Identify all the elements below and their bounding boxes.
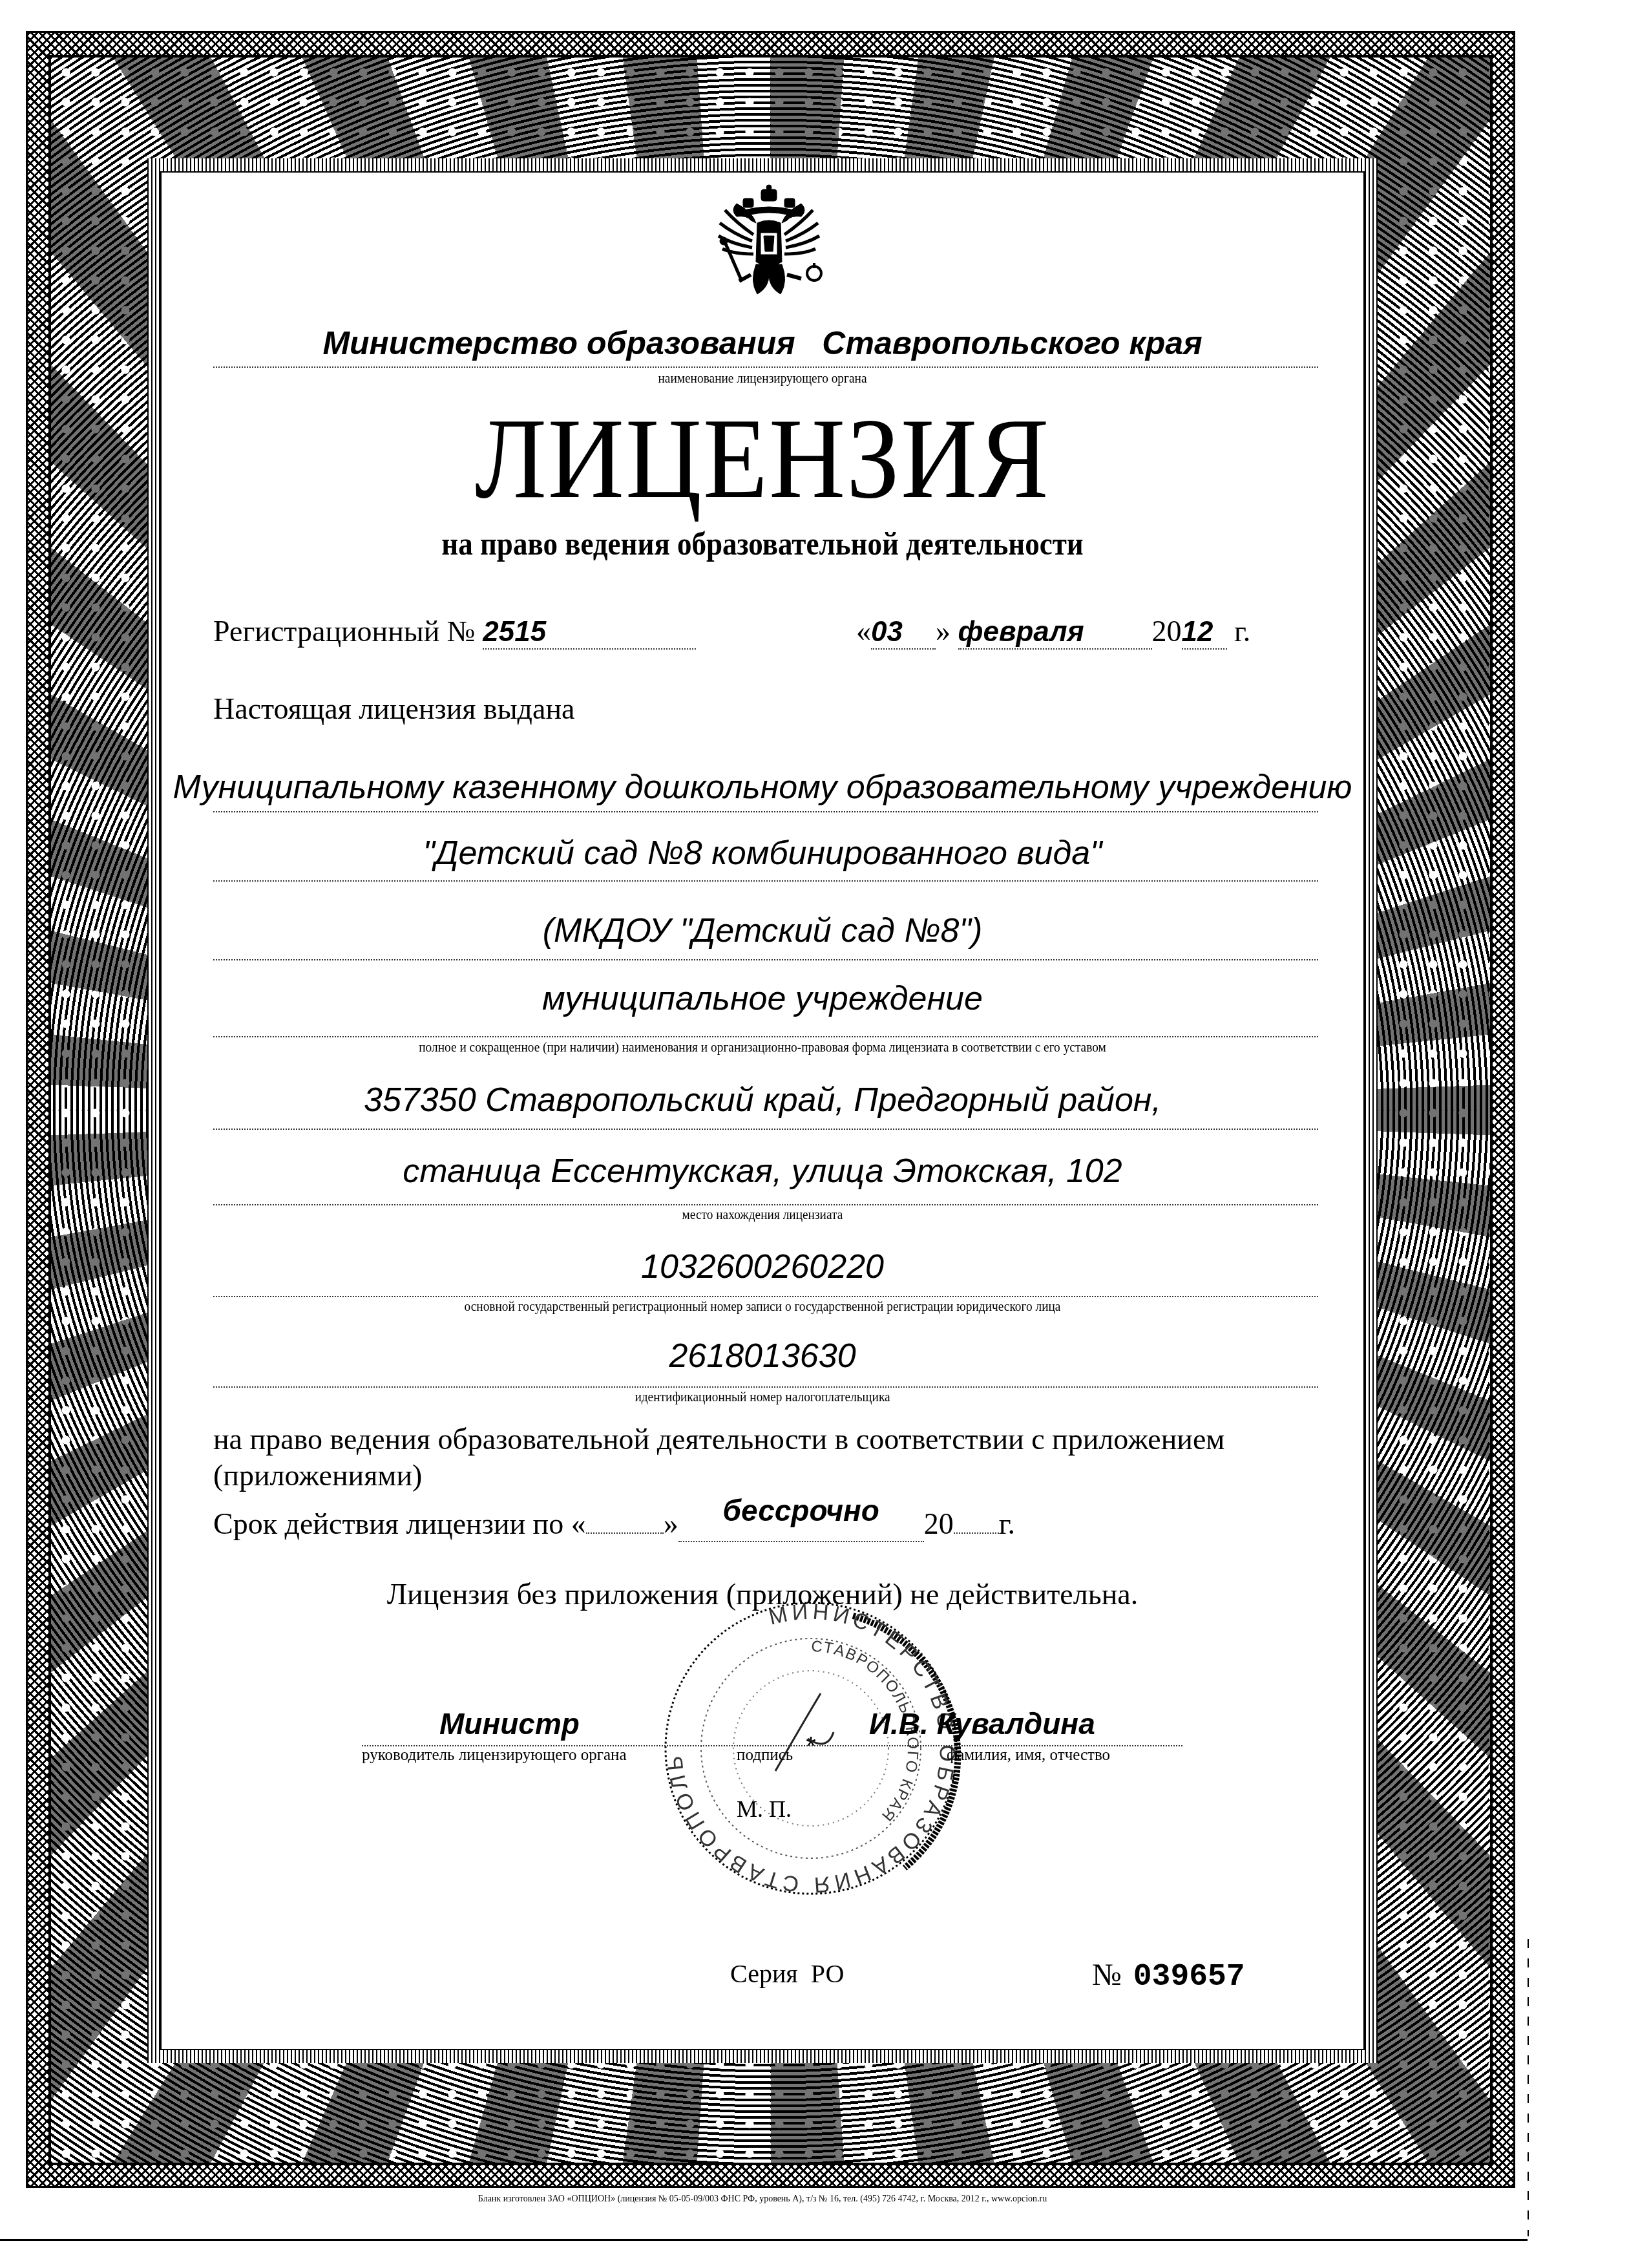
licensee-inn: 2618013630 [160,1337,1365,1375]
svg-text:*: * [806,1732,816,1761]
validity-year-unit: г. [999,1507,1015,1540]
seal-place-label: М. П. [737,1796,792,1823]
signatory-name: И.В. Кувалдина [869,1706,1095,1741]
signatory-position-caption: руководитель лицензирующего органа [362,1746,627,1765]
issuing-authority: Министерство образования Ставропольского… [160,324,1365,362]
licensee-legal-form: муниципальное учреждение [160,979,1365,1018]
scan-artifact-line [0,2239,1528,2241]
registration-month: февраля [958,616,1152,650]
licensee-full-name-line2: "Детский сад №8 комбинированного вида" [160,834,1365,873]
licensee-address-caption: место нахождения лицензиата [233,1206,1292,1223]
registration-label: Регистрационный № [213,615,476,648]
issued-to-label: Настоящая лицензия выдана [213,692,574,726]
validity-label: Срок действия лицензии по « [213,1507,586,1540]
blank-number: №039657 [1092,1957,1245,1995]
printer-note: Бланк изготовлен ЗАО «ОПЦИОН» (лицензия … [160,2194,1365,2205]
scope-line1: на право ведения образовательной деятель… [213,1422,1224,1456]
validity-year-prefix: 20 [924,1507,954,1540]
validity-month-blank: бессрочно [678,1506,924,1542]
date-close-quote: » [936,615,951,648]
validity-line: Срок действия лицензии по «»бессрочно20г… [213,1506,1015,1542]
number-symbol: № [1092,1958,1122,1992]
field-underline [213,1036,1318,1037]
series-value: РО [811,1959,845,1988]
field-underline [213,1129,1318,1130]
issuing-authority-caption: наименование лицензирующего органа [233,370,1292,387]
licensee-address-line1: 357350 Ставропольский край, Предгорный р… [160,1081,1365,1119]
signatory-name-caption: фамилия, имя, отчество [947,1746,1110,1765]
signatory-position: Министр [439,1706,580,1741]
field-underline [213,880,1318,882]
licensee-full-name-line1: Муниципальному казенному дошкольному обр… [160,768,1365,807]
licensee-name-caption: полное и сокращенное (при наличии) наиме… [233,1039,1292,1055]
date-open-quote: « [856,615,871,648]
validity-value: бессрочно [723,1494,879,1527]
licensee-short-name: (МКДОУ "Детский сад №8") [160,911,1365,950]
field-underline [213,366,1318,368]
field-underline [213,811,1318,812]
validity-day-blank [586,1532,664,1534]
field-underline [213,1296,1318,1297]
registration-day: 03 [871,616,936,650]
registration-year-unit: г. [1234,615,1250,648]
validity-year-blank [954,1532,999,1534]
document-subtitle: на право ведения образовательной деятель… [220,525,1305,562]
licensee-inn-caption: идентификационный номер налогоплательщик… [233,1388,1292,1405]
field-underline [213,1204,1318,1205]
russian-coat-of-arms-icon [711,184,827,307]
registration-year-prefix: 20 [1152,615,1182,648]
field-underline [213,1386,1318,1388]
series-label: Серия [730,1959,798,1988]
scan-artifact-line-right [1528,1939,1529,2236]
validity-close-quote: » [664,1507,678,1540]
registration-line: Регистрационный № 2515 [213,614,696,650]
official-seal-stamp-icon: МИНИСТЕРСТВО ОБРАЗОВАНИЯ СТАВРОПОЛЬСКОГО… [659,1596,963,1900]
signature-caption: подпись [737,1746,793,1765]
field-underline [213,959,1318,960]
blank-number-value: 039657 [1133,1960,1245,1995]
document-title: ЛИЦЕНЗИЯ [209,401,1317,516]
licensee-ogrn-caption: основной государственный регистрационный… [233,1298,1292,1315]
licensee-ogrn: 1032600260220 [160,1247,1365,1286]
registration-year-suffix: 12 [1182,616,1227,650]
scope-line2: (приложениями) [213,1458,422,1492]
series-line: Серия РО [730,1958,844,1989]
registration-number: 2515 [483,616,696,650]
licensee-address-line2: станица Ессентукская, улица Этокская, 10… [160,1152,1365,1191]
registration-date: «03» февраля2012 г. [856,614,1250,650]
